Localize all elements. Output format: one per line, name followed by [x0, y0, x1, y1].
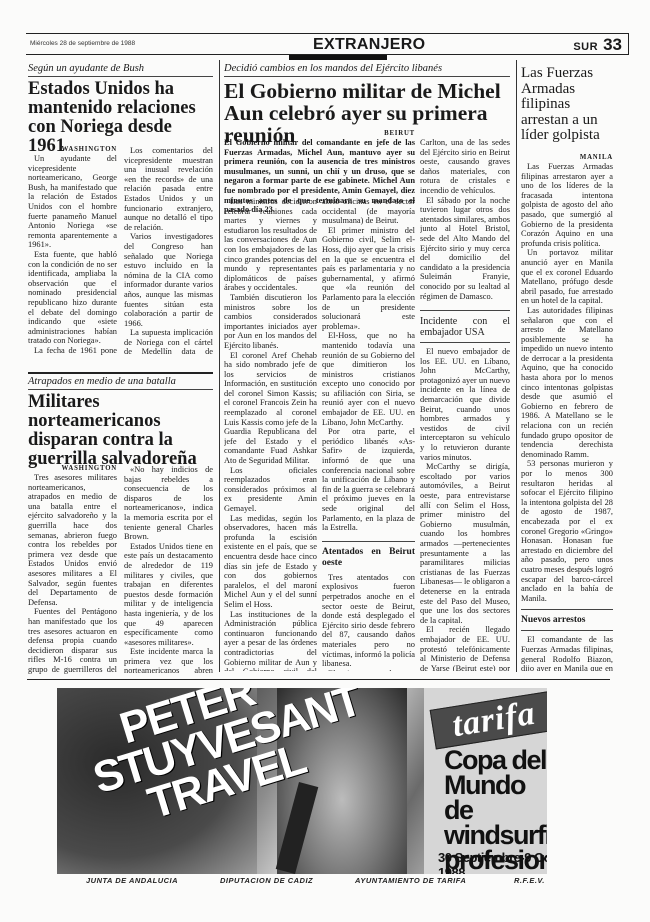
paragraph: Los comentarios del vicepresidente muest…	[124, 146, 213, 232]
article-kicker: Decidió cambios en los mandos del Ejérci…	[224, 62, 510, 75]
issue-date: Miércoles 28 de septiembre de 1988	[30, 40, 135, 47]
article-salvador-header: Atrapados en medio de una batalla Milita…	[28, 375, 213, 469]
article-lebanon-col2: abrió oficinas en el sector occidental (…	[322, 197, 415, 671]
paragraph: Esta fuente, que habló con la condición …	[28, 250, 117, 346]
column-rule	[219, 60, 220, 672]
subhead-ambassador: Incidente con el embajador USA	[420, 313, 510, 342]
article-philippines-header: Las Fuerzas Armadas filipinas arrestan a…	[521, 66, 613, 144]
article-headline: Las Fuerzas Armadas filipinas arrestan a…	[521, 66, 613, 144]
article-divider	[28, 372, 213, 374]
dateline: WASHINGTON	[28, 146, 117, 154]
ad-event-panel: tarifa Copa del Mundo de windsurfing pro…	[424, 688, 547, 874]
paragraph: El-Hoss, que no ha mantenido todavía una…	[322, 331, 415, 427]
subhead-rule	[521, 630, 613, 631]
paragraph: abrió oficinas en el sector occidental (…	[322, 197, 415, 226]
paragraph: El recién llegado embajador de EE. UU. p…	[420, 625, 510, 671]
paragraph: El coronel Aref Chehab ha sido nombrado …	[224, 351, 317, 466]
dateline: MANILA	[521, 154, 613, 162]
sponsor: JUNTA DE ANDALUCIA	[86, 876, 178, 885]
paragraph: La fecha de 1961 pone el inicio de la re…	[28, 346, 117, 356]
subhead-rule	[420, 342, 510, 343]
article-philippines-body: MANILA Las Fuerzas Armadas filipinas arr…	[521, 154, 613, 671]
paragraph: También discutieron los ministros sobre …	[224, 293, 317, 351]
sponsor: AYUNTAMIENTO DE TARIFA	[355, 876, 466, 885]
article-lebanon-col1: Los ministros decidieron celebrar reunio…	[224, 197, 317, 671]
paragraph: Estados Unidos tiene en este país un des…	[124, 542, 213, 648]
page-divider	[27, 679, 610, 680]
paragraph: Las instituciones de la Administración p…	[224, 610, 317, 671]
paragraph: Los oficiales reemplazados eran consider…	[224, 466, 317, 514]
paragraph: Carlton, una de las sedes del Ejército s…	[420, 138, 510, 196]
paragraph: Los ministros decidieron celebrar reunio…	[224, 197, 317, 293]
paragraph: El nuevo embajador de los EE. UU. en Líb…	[420, 347, 510, 462]
article-salvador-col2: «No hay indicios de bajas rebeldes a con…	[124, 465, 213, 675]
paragraph: Tres atentados con explosivos fueron per…	[322, 573, 415, 669]
newspaper-brand: SUR33	[573, 35, 622, 55]
kicker-rule	[28, 389, 213, 390]
dateline: WASHINGTON	[28, 465, 117, 473]
paragraph: McCarthy se dirigía, escoltado por vario…	[420, 462, 510, 625]
paragraph: Este incidente marca la primera vez que …	[124, 647, 213, 675]
paragraph: Por otra parte, el periódico libanés «As…	[322, 427, 415, 533]
subhead-rule	[521, 609, 613, 610]
article-kicker: Atrapados en medio de una batalla	[28, 375, 213, 388]
article-headline: Militares norteamericanos disparan contr…	[28, 393, 213, 469]
column-rule	[516, 60, 517, 672]
dateline: BEIRUT	[224, 130, 415, 138]
paragraph: Las Fuerzas Armadas filipinas arrestaron…	[521, 162, 613, 248]
sponsor: DIPUTACION DE CADIZ	[220, 876, 313, 885]
paragraph: El primer atentado tuvo lugar frente a u…	[322, 669, 415, 671]
subhead-attacks: Atentados en Beirut oeste	[322, 544, 415, 573]
paragraph: El sábado por la noche tuvieron lugar ot…	[420, 196, 510, 302]
kicker-rule	[224, 76, 510, 77]
article-bush-header: Según un ayudante de Bush Estados Unidos…	[28, 62, 213, 156]
windsurfing-advertisement: PETER STUYVESANT TRAVEL tarifa Copa del …	[57, 688, 547, 874]
subhead-rule	[420, 310, 510, 311]
article-bush-col1: WASHINGTON Un ayudante del vicepresident…	[28, 146, 117, 356]
paragraph: La supuesta implicación de Noriega con e…	[124, 328, 213, 356]
section-underline	[289, 55, 387, 60]
subhead-new-arrests: Nuevos arrestos	[521, 612, 613, 630]
paragraph: Tres asesores militares norteamericanos,…	[28, 473, 117, 607]
tarifa-logo: tarifa	[430, 691, 547, 750]
article-lebanon-col3: Carlton, una de las sedes del Ejército s…	[420, 130, 510, 671]
event-dates: 30 Septiembre-9 Octubre 1988	[438, 850, 547, 874]
article-kicker: Según un ayudante de Bush	[28, 62, 213, 75]
paragraph: Las medidas, según los observadores, hac…	[224, 514, 317, 610]
paragraph: El comandante de las Fuerzas Armadas fil…	[521, 635, 613, 671]
paragraph: Un ayudante del vicepresidente norteamer…	[28, 154, 117, 250]
paragraph: Las autoridades filipinas señalaron que …	[521, 306, 613, 460]
paragraph: Un portavoz militar anunció ayer en Mani…	[521, 248, 613, 306]
sponsor: R.F.E.V.	[514, 876, 545, 885]
paragraph: «No hay indicios de bajas rebeldes a con…	[124, 465, 213, 542]
paragraph: Varios investigadores del Congreso han s…	[124, 232, 213, 328]
paragraph: El primer ministro del Gobierno civil, S…	[322, 226, 415, 332]
article-salvador-col1: WASHINGTON Tres asesores militares norte…	[28, 465, 117, 675]
subhead-rule	[322, 541, 415, 542]
paragraph: Fuentes del Pentágono han manifestado qu…	[28, 607, 117, 675]
article-headline: Estados Unidos ha mantenido relaciones c…	[28, 80, 213, 156]
article-bush-col2: Los comentarios del vicepresidente muest…	[124, 146, 213, 356]
section-title: EXTRANJERO	[313, 36, 425, 54]
kicker-rule	[28, 76, 213, 77]
page-header: Miércoles 28 de septiembre de 1988 EXTRA…	[26, 33, 629, 55]
page-number: 33	[603, 35, 622, 54]
brand-name: SUR	[573, 41, 598, 53]
paragraph: 53 personas murieron y por lo menos 300 …	[521, 459, 613, 603]
